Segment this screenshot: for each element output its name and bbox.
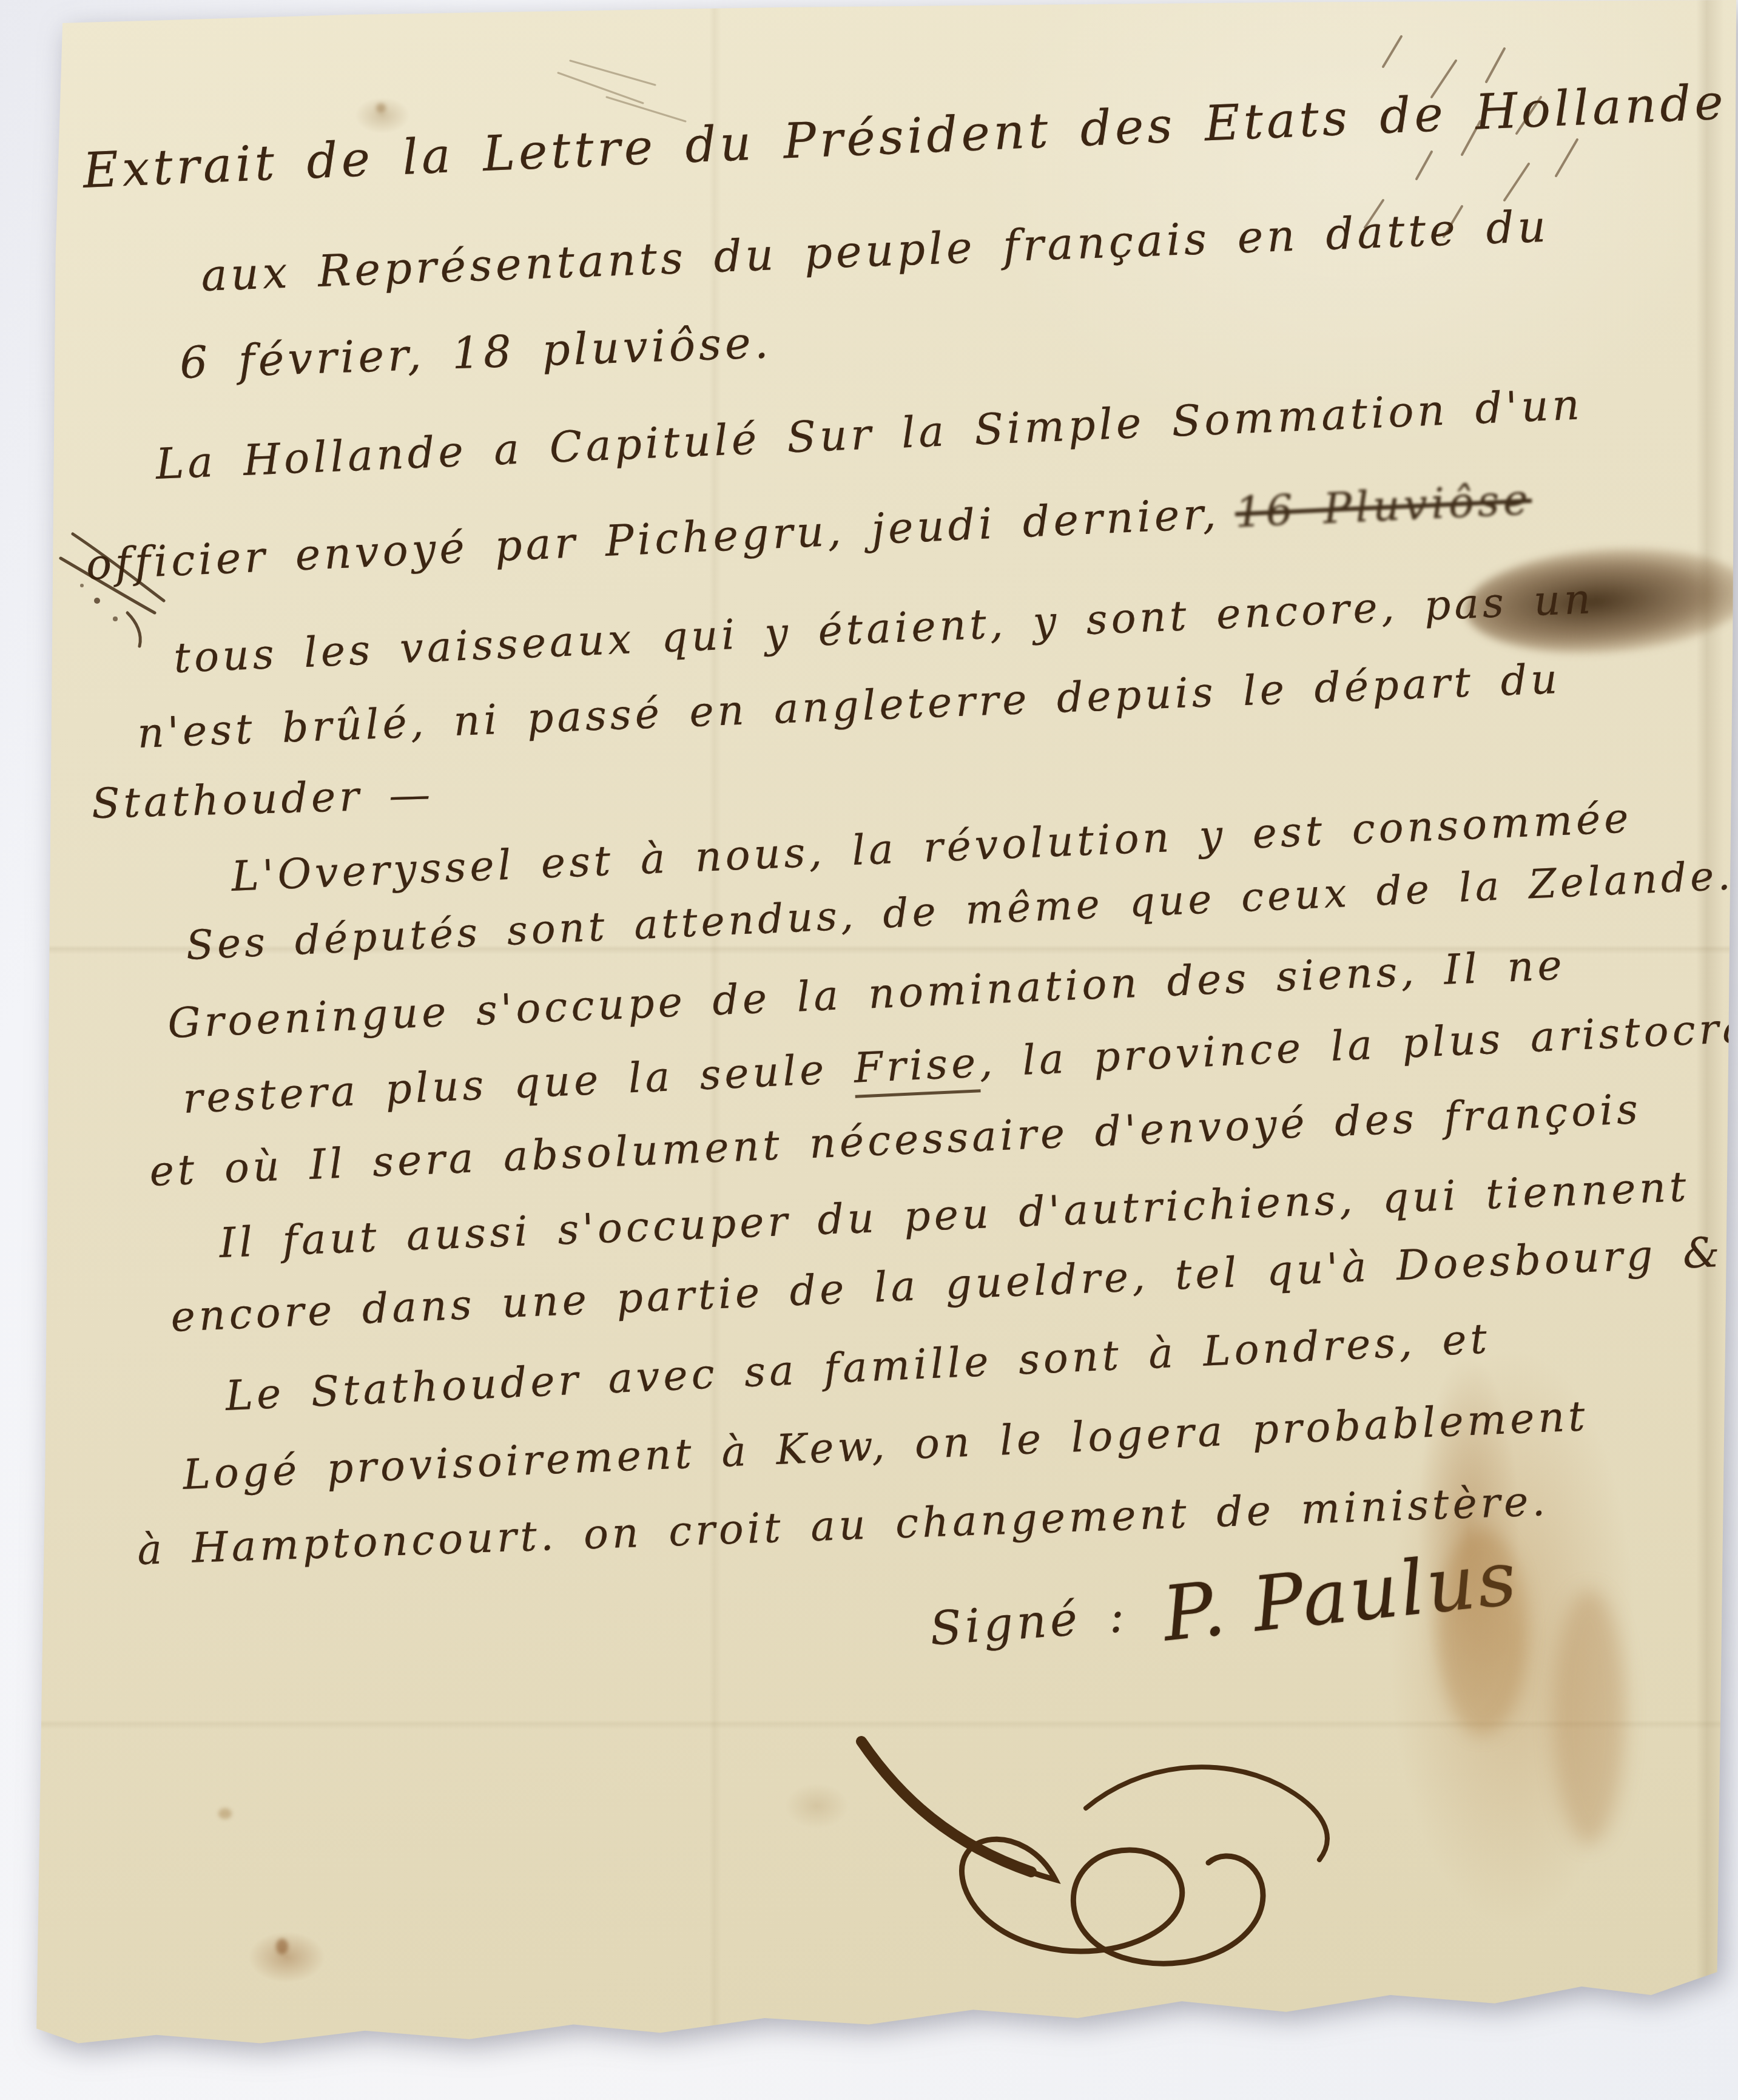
paper-shadow: Extrait de la Lettre du Président des Et… [0, 0, 1738, 2100]
foxing-spot [276, 1939, 288, 1954]
ink-splatter [24, 522, 206, 692]
foxing-spot [218, 1808, 232, 1819]
letter-line-text: , la province la plus aristocrate, [978, 1001, 1738, 1087]
letter-line: Stathouder — [91, 771, 434, 828]
foxing-spot [376, 103, 386, 113]
pen-scratches [534, 49, 752, 158]
letter-line-text: officier envoyé par Pichegru, jeudi dern… [85, 488, 1221, 590]
paper-stain [1553, 1590, 1626, 1845]
letter-line: officier envoyé par Pichegru, jeudi dern… [85, 474, 1533, 590]
signature-flourish [770, 1717, 1529, 2002]
letter-line-text: restera plus que la seule [182, 1045, 855, 1123]
paper-stain [1437, 1529, 1527, 1735]
struck-out-text: 16 Pluviôse [1234, 474, 1533, 538]
signature-prefix: Signé : [928, 1588, 1130, 1656]
pen-scratches [1201, 24, 1602, 279]
letter-line: La Hollande a Capitulé Sur la Simple Som… [155, 379, 1584, 489]
letter-paper: Extrait de la Lettre du Président des Et… [0, 0, 1738, 2100]
photograph-of-letter: Extrait de la Lettre du Président des Et… [0, 0, 1738, 2100]
heading-line: 6 février, 18 pluviôse. [179, 317, 773, 388]
underlined-word: Frise [853, 1039, 980, 1098]
